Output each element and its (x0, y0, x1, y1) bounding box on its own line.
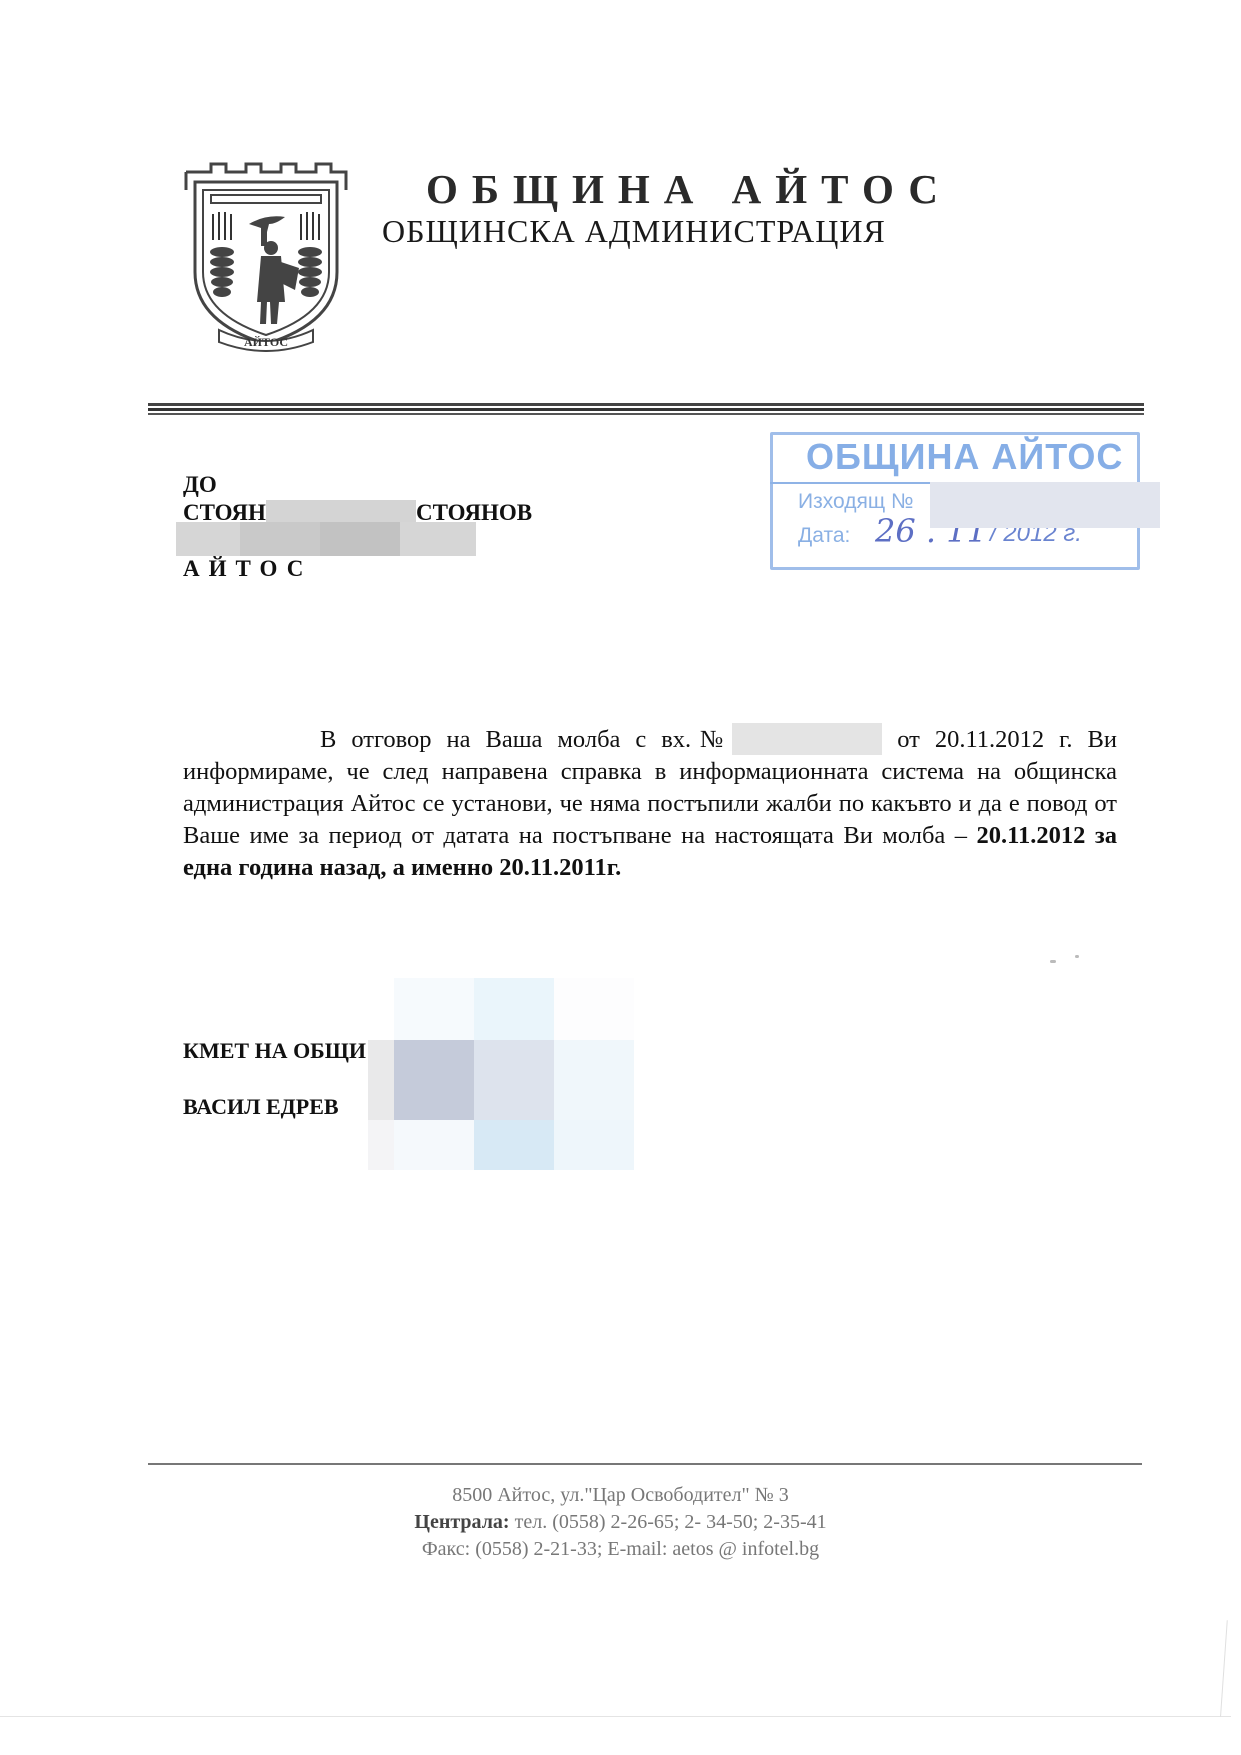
redacted-signature (374, 978, 644, 1170)
svg-text:АЙТОС: АЙТОС (244, 335, 288, 349)
signatory-name: ВАСИЛ ЕДРЕВ (183, 1094, 339, 1120)
footer-divider (148, 1463, 1142, 1465)
redacted-ref-number (930, 482, 1160, 528)
letter-body: В отговор на Ваша молба с вх.№ от 20.11.… (183, 723, 1117, 884)
coat-of-arms-icon: АЙТОС (181, 162, 351, 352)
footer-fax-email: Факс: (0558) 2-21-33; E-mail: aetos @ in… (0, 1538, 1241, 1561)
administration-subtitle: ОБЩИНСКА АДМИНИСТРАЦИЯ (382, 213, 886, 250)
body-part-1: В отговор на Ваша молба с вх.№ (320, 726, 732, 753)
recipient-city: АЙТОС (183, 556, 312, 582)
stamp-ref-label: Изходящ № (798, 490, 913, 514)
stamp-title: ОБЩИНА АЙТОС (806, 436, 1123, 478)
page-edge (0, 1716, 1231, 1717)
signatory-title: КМЕТ НА ОБЩИ (183, 1038, 366, 1064)
redacted-middle-name (266, 500, 416, 522)
footer-phones: Централа: тел. (0558) 2-26-65; 2- 34-50;… (0, 1511, 1241, 1534)
municipality-title: ОБЩИНА АЙТОС (426, 165, 952, 213)
redacted-request-number (732, 723, 882, 755)
footer-phones-value: тел. (0558) 2-26-65; 2- 34-50; 2-35-41 (510, 1511, 827, 1533)
footer-phones-label: Централа: (414, 1511, 509, 1533)
stamp-date-label: Дата: (798, 524, 850, 548)
header-divider (148, 403, 1144, 415)
recipient-to-label: ДО (183, 472, 217, 498)
registration-stamp: ОБЩИНА АЙТОС Изходящ № Дата: 26 . 11 / 2… (770, 432, 1140, 570)
footer-address: 8500 Айтос, ул."Цар Освободител" № 3 (0, 1484, 1241, 1507)
